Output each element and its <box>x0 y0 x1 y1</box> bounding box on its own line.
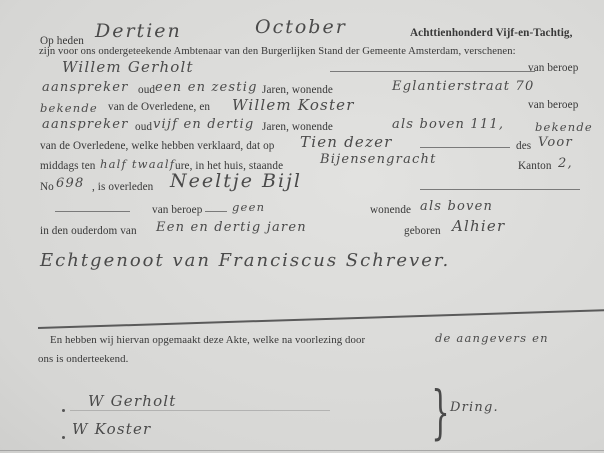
blank-line <box>55 211 130 212</box>
blank-line <box>330 71 535 72</box>
handwritten-declarant2-name: Willem Koster <box>232 96 355 114</box>
printed-van-beroep-3: van beroep <box>152 204 202 216</box>
handwritten-deceased-age: Een en dertig jaren <box>156 220 307 235</box>
handwritten-declarant1-address: Eglantierstraat 70 <box>392 79 535 94</box>
blank-line <box>420 147 510 148</box>
handwritten-birthplace: Alhier <box>452 217 505 235</box>
signature-declarant2: W Koster <box>72 420 151 438</box>
printed-bekende-en: van de Overledene, en <box>108 101 210 113</box>
handwritten-day-of-death: Tien dezer <box>300 133 393 151</box>
printed-jaren-wonende-1: Jaren, wonende <box>262 84 333 96</box>
handwritten-month: October <box>255 16 347 38</box>
signature-dot <box>62 436 65 439</box>
handwritten-declarant2-relation: bekende <box>535 120 593 134</box>
handwritten-hour: half twaalf <box>100 157 175 171</box>
printed-no: No <box>40 181 54 193</box>
printed-closing-1: En hebben wij hiervan opgemaakt deze Akt… <box>50 334 365 346</box>
handwritten-street: Bijensengracht <box>320 152 437 167</box>
handwritten-declarant1-age: een en zestig <box>155 80 258 95</box>
handwritten-time-of-day: Voor <box>538 135 573 150</box>
printed-oud-2: oud <box>135 121 152 133</box>
death-certificate-scan: Op heden Dertien October Achttienhonderd… <box>0 0 604 453</box>
handwritten-day: Dertien <box>95 20 182 42</box>
handwritten-declarant2-age: vijf en dertig <box>153 117 254 132</box>
handwritten-declarant2-occupation: aanspreker <box>42 117 129 132</box>
handwritten-kanton-no: 2, <box>558 156 573 171</box>
printed-verklaard: van de Overledene, welke hebben verklaar… <box>40 140 274 152</box>
handwritten-read-by: de aangevers en <box>435 331 549 345</box>
handwritten-spouse-line: Echtgenoot van Franciscus Schrever. <box>40 250 450 271</box>
brace-mark: } <box>431 378 449 446</box>
bottom-edge-line <box>0 450 604 451</box>
printed-middags-ten: middags ten <box>40 160 95 172</box>
handwritten-declarant2-address: als boven 111, <box>392 117 504 132</box>
printed-line2: zijn voor ons ondergeteekende Ambtenaar … <box>39 46 516 57</box>
handwritten-deceased-occupation: geen <box>232 200 265 214</box>
divider-line <box>38 309 604 328</box>
handwritten-declarant1-occupation: aanspreker <box>42 80 129 95</box>
blank-line <box>420 189 580 190</box>
printed-geboren: geboren <box>404 225 441 237</box>
handwritten-declarant1-relation: bekende <box>40 101 98 115</box>
printed-wonende-3: wonende <box>370 204 411 216</box>
printed-oud-1: oud <box>138 84 155 96</box>
signature-line <box>70 410 330 411</box>
printed-closing-2: ons is onderteekend. <box>38 353 128 365</box>
printed-van-beroep-1: van beroep <box>528 62 578 74</box>
handwritten-deceased-address: als boven <box>420 199 493 214</box>
printed-van-beroep-2: van beroep <box>528 99 578 111</box>
printed-is-overleden: , is overleden <box>92 181 153 193</box>
printed-year: Achttienhonderd Vijf-en-Tachtig, <box>410 27 573 39</box>
handwritten-house-no: 698 <box>56 176 84 191</box>
signature-dot <box>62 409 65 412</box>
signature-declarant1: W Gerholt <box>88 392 177 410</box>
signature-official: Dring. <box>450 400 499 415</box>
printed-des: des <box>516 140 531 152</box>
printed-kanton: Kanton <box>518 160 552 172</box>
handwritten-deceased-name: Neeltje Bijl <box>170 170 302 192</box>
printed-jaren-wonende-2: Jaren, wonende <box>262 121 333 133</box>
printed-ouderdom: in den ouderdom van <box>40 225 137 237</box>
handwritten-declarant1-name: Willem Gerholt <box>62 58 194 76</box>
blank-line <box>205 211 227 212</box>
